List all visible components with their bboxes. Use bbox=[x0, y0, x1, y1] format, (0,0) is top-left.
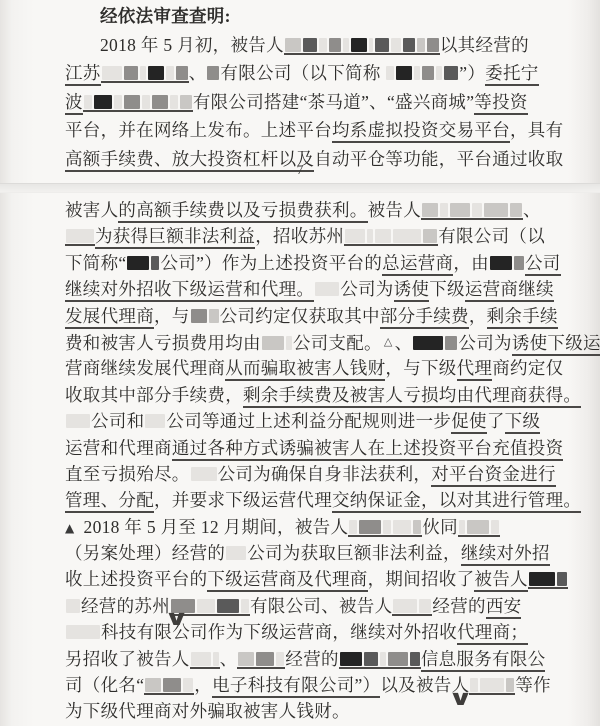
redaction-cell bbox=[66, 229, 94, 243]
redaction-block bbox=[528, 572, 568, 589]
redaction-cell bbox=[191, 652, 211, 666]
redaction-cell bbox=[183, 678, 193, 692]
text-segment: ，由 bbox=[453, 253, 489, 273]
text-segment: 等作 bbox=[515, 675, 551, 695]
text-segment: 公司为 bbox=[340, 279, 393, 299]
redaction-block bbox=[458, 520, 500, 537]
redaction-cell bbox=[367, 229, 373, 243]
text-segment: 、 bbox=[220, 649, 238, 669]
redaction-cell bbox=[241, 599, 249, 613]
text-segment: 公司约定仅获取其中 bbox=[220, 306, 380, 326]
text-segment: ，招收苏州 bbox=[255, 226, 344, 246]
text-segment: 信息服务有限公 bbox=[421, 649, 546, 672]
redaction-cell bbox=[217, 599, 239, 613]
text-segment: 代理 bbox=[457, 358, 493, 381]
text-segment: 另招收了被告人 bbox=[65, 649, 190, 669]
text-segment: 司（化名“ bbox=[65, 675, 144, 695]
text-line: 另招收了被告人、经营的信息服务有限公 bbox=[0, 646, 600, 672]
scan-page-1: 经依法审查查明:2018 年 5 月初，被告人以其经营的江苏、有限公司（以下简称… bbox=[0, 0, 600, 185]
redaction-cell bbox=[396, 66, 412, 80]
redaction-cell bbox=[380, 652, 386, 666]
redaction-block bbox=[65, 625, 101, 639]
redaction-cell bbox=[393, 599, 417, 613]
text-segment: 有限公司搭建“茶马道”、“盛兴商城” bbox=[193, 92, 474, 112]
redaction-cell bbox=[213, 652, 219, 666]
redaction-cell bbox=[124, 66, 138, 80]
redaction-block bbox=[190, 652, 220, 669]
redaction-cell bbox=[315, 282, 339, 296]
redaction-cell bbox=[351, 38, 367, 52]
text-line: 营商继续发展代理商从而骗取被害人钱财，与下级代理商约定仅 bbox=[0, 355, 600, 381]
redaction-cell bbox=[427, 38, 439, 52]
text-line: 为获得巨额非法利益，招收苏州有限公司（以 bbox=[0, 223, 600, 249]
redaction-block bbox=[412, 336, 458, 350]
text-segment: 为下级代理商对外骗取被害人钱财。 bbox=[65, 701, 350, 721]
redaction-cell bbox=[459, 520, 465, 534]
redaction-cell bbox=[256, 652, 274, 666]
redaction-cell bbox=[349, 520, 357, 534]
redaction-block bbox=[261, 336, 293, 350]
text-segment: 公司为 bbox=[458, 333, 511, 353]
redaction-block bbox=[469, 678, 515, 695]
text-segment: ，与 bbox=[154, 306, 190, 326]
redaction-cell bbox=[166, 66, 174, 80]
text-segment: 公司等通过上述利益分配规则进一步 bbox=[166, 411, 451, 431]
redaction-block bbox=[144, 678, 194, 695]
redaction-cell bbox=[66, 599, 80, 613]
text-segment: 有限公司、被告人 bbox=[250, 596, 392, 616]
redaction-block bbox=[314, 282, 340, 296]
text-segment: 电子科技有限公司”） bbox=[212, 675, 380, 698]
text-segment: 、 bbox=[189, 63, 207, 83]
text-segment: 费和被害人亏损费用均由 bbox=[65, 333, 261, 353]
redaction-cell bbox=[102, 66, 122, 80]
text-segment: 下简称“ bbox=[65, 253, 126, 273]
redaction-cell bbox=[491, 520, 499, 534]
text-line: 江苏、有限公司（以下简称 ”）委托宁 bbox=[0, 59, 600, 88]
text-segment: 江苏 bbox=[65, 63, 101, 86]
redaction-block bbox=[421, 203, 523, 220]
redaction-block bbox=[225, 546, 247, 560]
redaction-cell bbox=[124, 95, 140, 109]
text-segment: 商约定仅 bbox=[492, 358, 563, 378]
text-segment: （另案处理）经营的 bbox=[65, 543, 225, 563]
text-segment: 公司”）作为上述投资平台的 bbox=[160, 253, 382, 273]
annotation-caret-mark: △ bbox=[384, 335, 393, 348]
redaction-block bbox=[206, 66, 220, 80]
redaction-cell bbox=[440, 203, 448, 217]
text-line: 继续对外招收下级运营和代理。公司为诱使下级运营商继续 bbox=[0, 276, 600, 302]
text-segment: 被害人 bbox=[65, 200, 118, 220]
redaction-cell bbox=[163, 678, 181, 692]
text-segment: 、 bbox=[395, 333, 413, 353]
text-segment: 等投资 bbox=[474, 92, 527, 115]
redaction-block bbox=[284, 38, 440, 55]
redaction-cell bbox=[444, 66, 458, 80]
text-segment: 运营和代理商 bbox=[65, 438, 172, 458]
text-segment: 公司 bbox=[525, 253, 561, 276]
text-segment: ”） bbox=[459, 63, 485, 83]
redaction-cell bbox=[364, 652, 378, 666]
redaction-cell bbox=[170, 95, 178, 109]
text-segment: 被告人 bbox=[368, 200, 421, 220]
redaction-cell bbox=[66, 625, 100, 639]
text-segment: 剩余手续费及被害人亏损均由代理商获得。 bbox=[243, 385, 581, 408]
text-line: 司（化名“，电子科技有限公司”）以及被告人等作 bbox=[0, 672, 600, 698]
redaction-block bbox=[344, 229, 438, 246]
redaction-cell bbox=[393, 520, 411, 534]
text-line: 公司和公司等通过上述利益分配规则进一步促使了下级 bbox=[0, 408, 600, 434]
text-segment: 收取其中部分手续费， bbox=[65, 385, 243, 405]
text-line: （另案处理）经营的公司为获取巨额非法利益，继续对外招 bbox=[0, 540, 600, 566]
redaction-cell bbox=[303, 38, 317, 52]
text-segment: 继续对外招收下级运营和代理。 bbox=[65, 279, 314, 302]
redaction-cell bbox=[369, 38, 373, 52]
text-segment: 科技有限公司作为下级运营商，继续对外招收 bbox=[101, 622, 457, 642]
text-segment: ，期间招收了 bbox=[368, 569, 475, 589]
redaction-cell bbox=[419, 599, 431, 613]
text-line: 收取其中部分手续费，剩余手续费及被害人亏损均由代理商获得。 bbox=[0, 382, 600, 408]
redaction-block bbox=[489, 256, 525, 270]
redaction-cell bbox=[66, 414, 90, 428]
text-segment: 波 bbox=[65, 92, 83, 115]
redaction-cell bbox=[329, 38, 341, 52]
redaction-cell bbox=[388, 652, 408, 666]
text-segment: 经营的 bbox=[285, 649, 338, 669]
text-line: 科技有限公司作为下级运营商，继续对外招收代理商； bbox=[0, 619, 600, 645]
redaction-cell bbox=[207, 66, 219, 80]
text-line: 下简称“公司”）作为上述投资平台的总运营商，由公司 bbox=[0, 250, 600, 276]
text-segment: 经依法审查查明: bbox=[100, 6, 231, 26]
redaction-cell bbox=[176, 66, 188, 80]
redaction-cell bbox=[472, 203, 482, 217]
redaction-cell bbox=[286, 336, 292, 350]
redaction-cell bbox=[467, 520, 489, 534]
redaction-block bbox=[392, 599, 432, 616]
text-segment: 对平台资金进行 bbox=[431, 464, 556, 487]
text-segment: 了 bbox=[487, 411, 505, 431]
redaction-cell bbox=[480, 678, 504, 692]
redaction-cell bbox=[391, 38, 401, 52]
redaction-cell bbox=[114, 95, 122, 109]
redaction-block bbox=[65, 599, 81, 613]
text-segment: 均系虚拟投资交易平台 bbox=[332, 120, 510, 143]
text-line: ▲2018 年 5 月至 12 月期间，被告人伙同 bbox=[0, 514, 600, 540]
redaction-cell bbox=[238, 652, 254, 666]
redaction-cell bbox=[359, 520, 381, 534]
text-segment: 通过各种方式诱骗被害人在上述投资平台充值投资 bbox=[172, 438, 564, 461]
annotation-triangle-mark: ▲ bbox=[65, 521, 75, 535]
redaction-cell bbox=[383, 520, 391, 534]
text-line: 管理、分配，并要求下级运营代理交纳保证金，以对其进行管理。 bbox=[0, 487, 600, 513]
text-segment: 公司为确保自身非法获利， bbox=[218, 464, 432, 484]
redaction-cell bbox=[414, 66, 420, 80]
text-line: 费和被害人亏损费用均由公司支配。△、公司为诱使下级运 bbox=[0, 329, 600, 355]
text-segment: 营商继续发展代理商 bbox=[65, 358, 225, 378]
redaction-cell bbox=[450, 203, 470, 217]
redaction-cell bbox=[403, 38, 415, 52]
text-segment: ， bbox=[469, 306, 487, 326]
text-segment: ，并要求下级运营代理 bbox=[154, 490, 332, 510]
text-segment: 委托宁 bbox=[485, 63, 538, 86]
text-segment: ，具有 bbox=[510, 120, 563, 140]
redaction-block bbox=[348, 520, 422, 537]
redaction-block bbox=[190, 467, 218, 481]
text-segment: 的高额手续费以及亏损费获利。 bbox=[118, 200, 367, 223]
redaction-block bbox=[65, 229, 95, 246]
text-line: 2018 年 5 月初，被告人以其经营的 bbox=[0, 31, 600, 60]
text-segment: 发展代理商 bbox=[65, 306, 154, 329]
redaction-cell bbox=[180, 95, 192, 109]
redaction-cell bbox=[393, 229, 421, 243]
redaction-block bbox=[101, 66, 189, 83]
redaction-cell bbox=[145, 414, 165, 428]
redaction-block bbox=[385, 66, 459, 80]
redaction-cell bbox=[375, 38, 389, 52]
text-segment: 、 bbox=[523, 200, 541, 220]
redaction-cell bbox=[506, 678, 514, 692]
redaction-cell bbox=[145, 678, 161, 692]
text-segment: 被告人 bbox=[474, 569, 527, 592]
redaction-cell bbox=[413, 520, 421, 534]
redaction-cell bbox=[436, 66, 442, 80]
redaction-cell bbox=[529, 572, 555, 586]
text-segment: 促使 bbox=[451, 411, 487, 434]
redaction-block bbox=[65, 414, 91, 428]
redaction-cell bbox=[94, 95, 112, 109]
redaction-cell bbox=[423, 229, 437, 243]
text-line: 运营和代理商通过各种方式诱骗被害人在上述投资平台充值投资 bbox=[0, 435, 600, 461]
text-segment: 诱使 bbox=[394, 279, 430, 302]
text-line: 直至亏损殆尽。公司为确保自身非法获利，对平台资金进行 bbox=[0, 461, 600, 487]
text-segment: 为获得巨额非法利益 bbox=[95, 226, 255, 249]
redaction-cell bbox=[410, 652, 420, 666]
redaction-cell bbox=[340, 652, 362, 666]
redaction-cell bbox=[148, 66, 164, 80]
text-line: 被害人的高额手续费以及亏损费获利。被告人、 bbox=[0, 197, 600, 223]
text-segment: 下级 bbox=[429, 279, 465, 299]
redaction-cell bbox=[386, 66, 394, 80]
redaction-cell bbox=[490, 256, 512, 270]
redaction-cell bbox=[84, 95, 92, 109]
text-line: 为下级代理商对外骗取被害人钱财。 bbox=[0, 698, 600, 724]
redaction-cell bbox=[514, 256, 524, 270]
text-segment: 伙同 bbox=[422, 517, 458, 537]
redaction-cell bbox=[343, 38, 349, 52]
text-line: 波有限公司搭建“茶马道”、“盛兴商城”等投资 bbox=[0, 88, 600, 117]
text-segment: 诱使下级运 bbox=[512, 333, 600, 356]
redaction-cell bbox=[209, 309, 219, 323]
text-line: 经营的苏州有限公司、被告人经营的西安 bbox=[0, 593, 600, 619]
redaction-cell bbox=[142, 95, 150, 109]
redaction-cell bbox=[510, 203, 522, 217]
scanned-court-document: 经依法审查查明:2018 年 5 月初，被告人以其经营的江苏、有限公司（以下简称… bbox=[0, 0, 600, 726]
text-segment: 管理、分配 bbox=[65, 490, 154, 513]
text-segment: 公司为获取巨额非法利益， bbox=[247, 543, 461, 563]
text-segment: 公司和 bbox=[91, 411, 144, 431]
redaction-cell bbox=[226, 546, 246, 560]
redaction-cell bbox=[345, 229, 365, 243]
text-segment: 下级运营商及代理商 bbox=[207, 569, 367, 592]
text-segment: 经营的苏州 bbox=[81, 596, 170, 616]
redaction-cell bbox=[557, 572, 567, 586]
text-segment: ， bbox=[194, 675, 212, 695]
text-segment: 有限公司（以 bbox=[438, 226, 545, 246]
text-segment: 直至亏损殆尽。 bbox=[65, 464, 190, 484]
redaction-block bbox=[190, 309, 220, 323]
redaction-cell bbox=[445, 336, 457, 350]
redaction-cell bbox=[422, 66, 434, 80]
text-segment: 交纳保证金，以对其进行管理。 bbox=[332, 490, 581, 513]
text-segment: 下级 bbox=[505, 411, 541, 434]
scan-page-2: 被害人的高额手续费以及亏损费获利。被告人、为获得巨额非法利益，招收苏州有限公司（… bbox=[0, 190, 600, 726]
text-line: 经依法审查查明: bbox=[0, 2, 600, 31]
redaction-cell bbox=[276, 652, 284, 666]
text-line: 平台，并在网络上发布。上述平台均系虚拟投资交易平台，具有 bbox=[0, 116, 600, 145]
text-segment: 部分手续费 bbox=[380, 306, 469, 329]
text-segment: 公司支配。 bbox=[293, 333, 382, 353]
redaction-cell bbox=[151, 256, 159, 270]
text-segment: 运营商继续 bbox=[465, 279, 554, 302]
text-segment: 2018 年 5 月初，被告人 bbox=[100, 35, 284, 55]
redaction-cell bbox=[375, 229, 391, 243]
redaction-block bbox=[83, 95, 193, 112]
text-segment: 经营的 bbox=[432, 596, 485, 616]
redaction-cell bbox=[422, 203, 438, 217]
text-segment: 继续对外招 bbox=[461, 543, 550, 566]
redaction-block bbox=[339, 652, 421, 669]
text-segment: 总运营商 bbox=[382, 253, 453, 276]
redaction-cell bbox=[319, 38, 327, 52]
text-segment: 剩余手续 bbox=[487, 306, 558, 329]
redaction-cell bbox=[417, 38, 425, 52]
pen-checkmark: ∨ bbox=[164, 608, 190, 629]
text-segment: 从而骗取被害人钱财 bbox=[225, 358, 385, 381]
redaction-cell bbox=[191, 467, 217, 481]
redaction-cell bbox=[413, 336, 443, 350]
text-segment: 代理商； bbox=[457, 622, 528, 645]
text-line: 发展代理商，与公司约定仅获取其中部分手续费，剩余手续 bbox=[0, 303, 600, 329]
redaction-cell bbox=[197, 599, 215, 613]
text-segment: 西安 bbox=[486, 596, 522, 619]
redaction-cell bbox=[285, 38, 301, 52]
redaction-cell bbox=[191, 309, 207, 323]
text-segment: 有限公司（以下简称 bbox=[220, 63, 385, 83]
redaction-block bbox=[126, 256, 160, 270]
text-segment: 收上述投资平台的 bbox=[65, 569, 207, 589]
text-segment: ，与下级 bbox=[385, 358, 456, 378]
redaction-cell bbox=[262, 336, 284, 350]
text-segment: 平台，并在网络上发布。上述平台 bbox=[65, 120, 332, 140]
redaction-cell bbox=[140, 66, 146, 80]
text-segment: 2018 年 5 月至 12 月期间，被告人 bbox=[84, 517, 349, 537]
redaction-block bbox=[144, 414, 166, 428]
text-segment: 以其经营的 bbox=[440, 35, 529, 55]
redaction-cell bbox=[484, 203, 508, 217]
page-number: 7 bbox=[0, 160, 600, 180]
text-line: 收上述投资平台的下级运营商及代理商，期间招收了被告人 bbox=[0, 566, 600, 592]
redaction-cell bbox=[127, 256, 149, 270]
redaction-block bbox=[237, 652, 285, 669]
pen-checkmark: ∨ bbox=[448, 688, 474, 709]
redaction-cell bbox=[152, 95, 168, 109]
